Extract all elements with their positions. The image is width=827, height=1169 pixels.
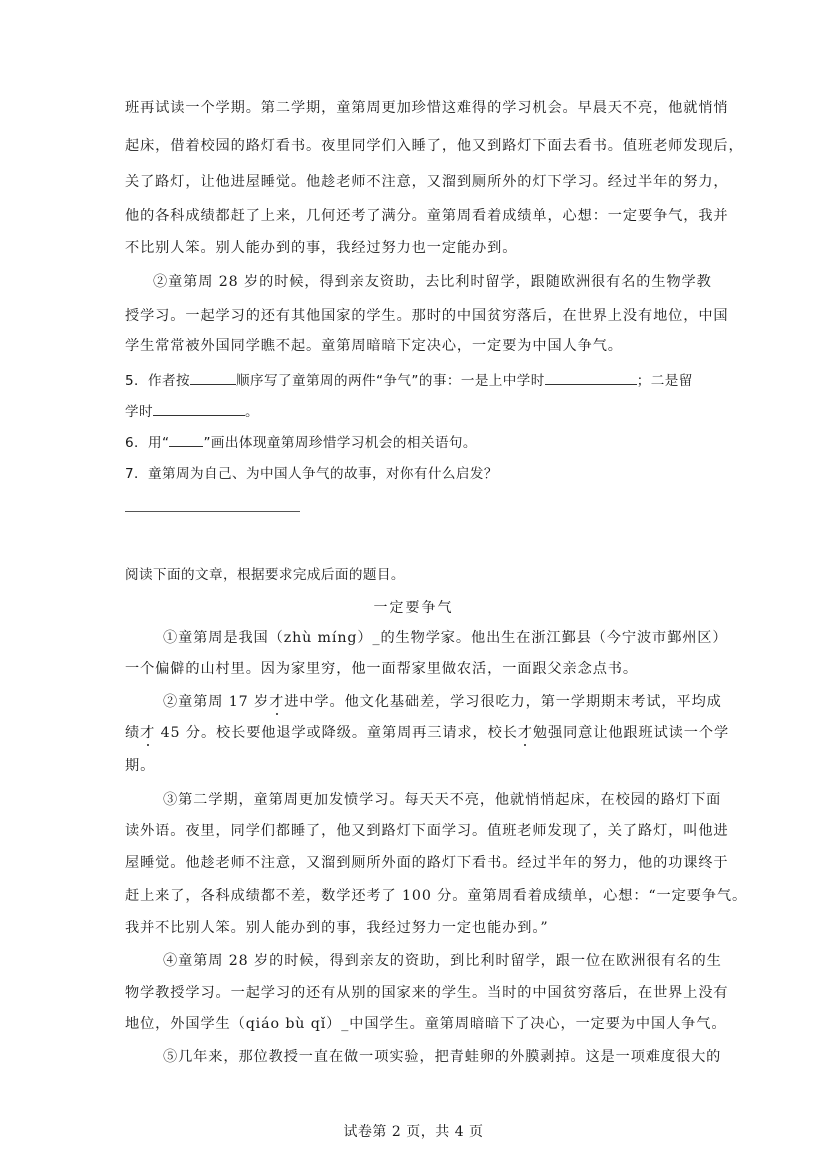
question-6: 6．用“”画出体现童第周珍惜学习机会的相关语句。 <box>125 432 710 453</box>
passage-line: 不比别人笨。别人能办到的事，我经过努力也一定能办到。 <box>125 238 710 258</box>
passage-line: 物学教授学习。一起学习的还有从别的国家来的学生。当时的中国贫穷落后，在世界上没有 <box>125 983 710 1003</box>
q6-underline-mark <box>169 432 203 447</box>
reading-instruction: 阅读下面的文章，根据要求完成后面的题目。 <box>125 565 710 585</box>
passage-line: ⑤几年来，那位教授一直在做一项实验，把青蛙卵的外膜剥掉。这是一项难度很大的 <box>163 1047 748 1067</box>
passage-line: ④童第周 28 岁的时候，得到亲友的资助，到比利时留学，跟一位在欧洲很有名的生 <box>163 951 748 971</box>
passage-line: 赶上来了，各科成绩都不差，数学还考了 100 分。童第周看着成绩单，心想：“一定… <box>125 886 710 906</box>
emphasis-dot-char: 才 <box>269 694 284 710</box>
passage-line: 关了路灯，让他进屋睡觉。他趁老师不注意，又溜到厕所外的灯下学习。经过半年的努力， <box>125 172 710 192</box>
passage-line: 授学习。一起学习的还有其他国家的学生。那时的中国贫穷落后，在世界上没有地位，中国 <box>125 306 710 326</box>
page-footer: 试卷第 2 页，共 4 页 <box>0 1121 827 1141</box>
passage-line: 他的各科成绩都赶了上来，几何还考了满分。童第周看着成绩单，心想：一定要争气，我并 <box>125 206 710 226</box>
passage-line: ①童第周是我国（zhù míng）_的生物学家。他出生在浙江鄞县（今宁波市鄞州区… <box>163 628 748 648</box>
q7-answer-line[interactable] <box>125 511 300 512</box>
q5-text-1: 5．作者按 <box>125 373 190 389</box>
passage-line: 起床，借着校园的路灯看书。夜里同学们入睡了，他又到路灯下面去看书。值班老师发现后… <box>125 136 710 156</box>
q5-blank-order[interactable] <box>190 370 236 385</box>
passage-line: ②童第周 28 岁的时候，得到亲友资助，去比利时留学，跟随欧洲很有名的生物学教 <box>153 272 738 292</box>
passage-line: 期。 <box>125 756 710 776</box>
q5-text-3: ；二是留 <box>637 373 693 389</box>
text-span: 勉强同意让他跟班试读一个学 <box>533 725 729 741</box>
passage-line: 读外语。夜里，同学们都睡了，他又到路灯下面学习。值班老师发现了，关了路灯，叫他进 <box>125 821 710 841</box>
emphasis-dot-char: 才 <box>518 725 533 741</box>
passage-line: 我并不比别人笨。别人能办到的事，我经过努力一定也能办到。” <box>125 918 710 938</box>
q5-blank-middle-school[interactable] <box>545 370 637 385</box>
question-7: 7．童第周为自己、为中国人争气的故事，对你有什么启发？ <box>125 464 710 484</box>
text-span: 绩 <box>125 725 140 741</box>
passage-line: ②童第周 17 岁才进中学。他文化基础差，学习很吃力，第一学期期末考试，平均成 <box>163 692 748 712</box>
q5-blank-study-abroad[interactable] <box>153 401 245 416</box>
passage-line: ③第二学期，童第周更加发愤学习。每天天不亮，他就悄悄起床，在校园的路灯下面 <box>163 790 748 810</box>
q5-text-4: 学时 <box>125 404 153 420</box>
passage-line: 屋睡觉。他趁老师不注意，又溜到厕所外面的路灯下看书。经过半年的努力，他的功课终于 <box>125 853 710 873</box>
q5-text-2: 顺序写了童第周的两件“争气”的事：一是上中学时 <box>236 373 545 389</box>
q6-text-1: 6．用“ <box>125 435 169 451</box>
passage-line: 绩才 45 分。校长要他退学或降级。童第周再三请求，校长才勉强同意让他跟班试读一… <box>125 723 710 743</box>
question-5: 5．作者按顺序写了童第周的两件“争气”的事：一是上中学时；二是留 <box>125 370 710 391</box>
q6-text-2: ”画出体现童第周珍惜学习机会的相关语句。 <box>203 435 476 451</box>
passage-line: 地位，外国学生（qiáo bù qǐ）_中国学生。童第周暗暗下了决心，一定要为中… <box>125 1014 710 1034</box>
passage-line: 学生常常被外国同学瞧不起。童第周暗暗下定决心，一定要为中国人争气。 <box>125 336 710 356</box>
passage-line: 一个偏僻的山村里。因为家里穷，他一面帮家里做农活，一面跟父亲念点书。 <box>125 659 710 679</box>
passage-line: 班再试读一个学期。第二学期，童第周更加珍惜这难得的学习机会。早晨天不亮，他就悄悄 <box>125 98 710 118</box>
question-5-cont: 学时。 <box>125 401 710 422</box>
passage-title: 一定要争气 <box>0 597 827 617</box>
text-span: ②童第周 17 岁 <box>163 694 269 710</box>
text-span: 45 分。校长要他退学或降级。童第周再三请求，校长 <box>155 725 518 741</box>
emphasis-dot-char: 才 <box>140 725 155 741</box>
q5-text-5: 。 <box>245 404 259 420</box>
text-span: 进中学。他文化基础差，学习很吃力，第一学期期末考试，平均成 <box>284 694 722 710</box>
exam-page: 班再试读一个学期。第二学期，童第周更加珍惜这难得的学习机会。早晨天不亮，他就悄悄… <box>0 0 827 1169</box>
